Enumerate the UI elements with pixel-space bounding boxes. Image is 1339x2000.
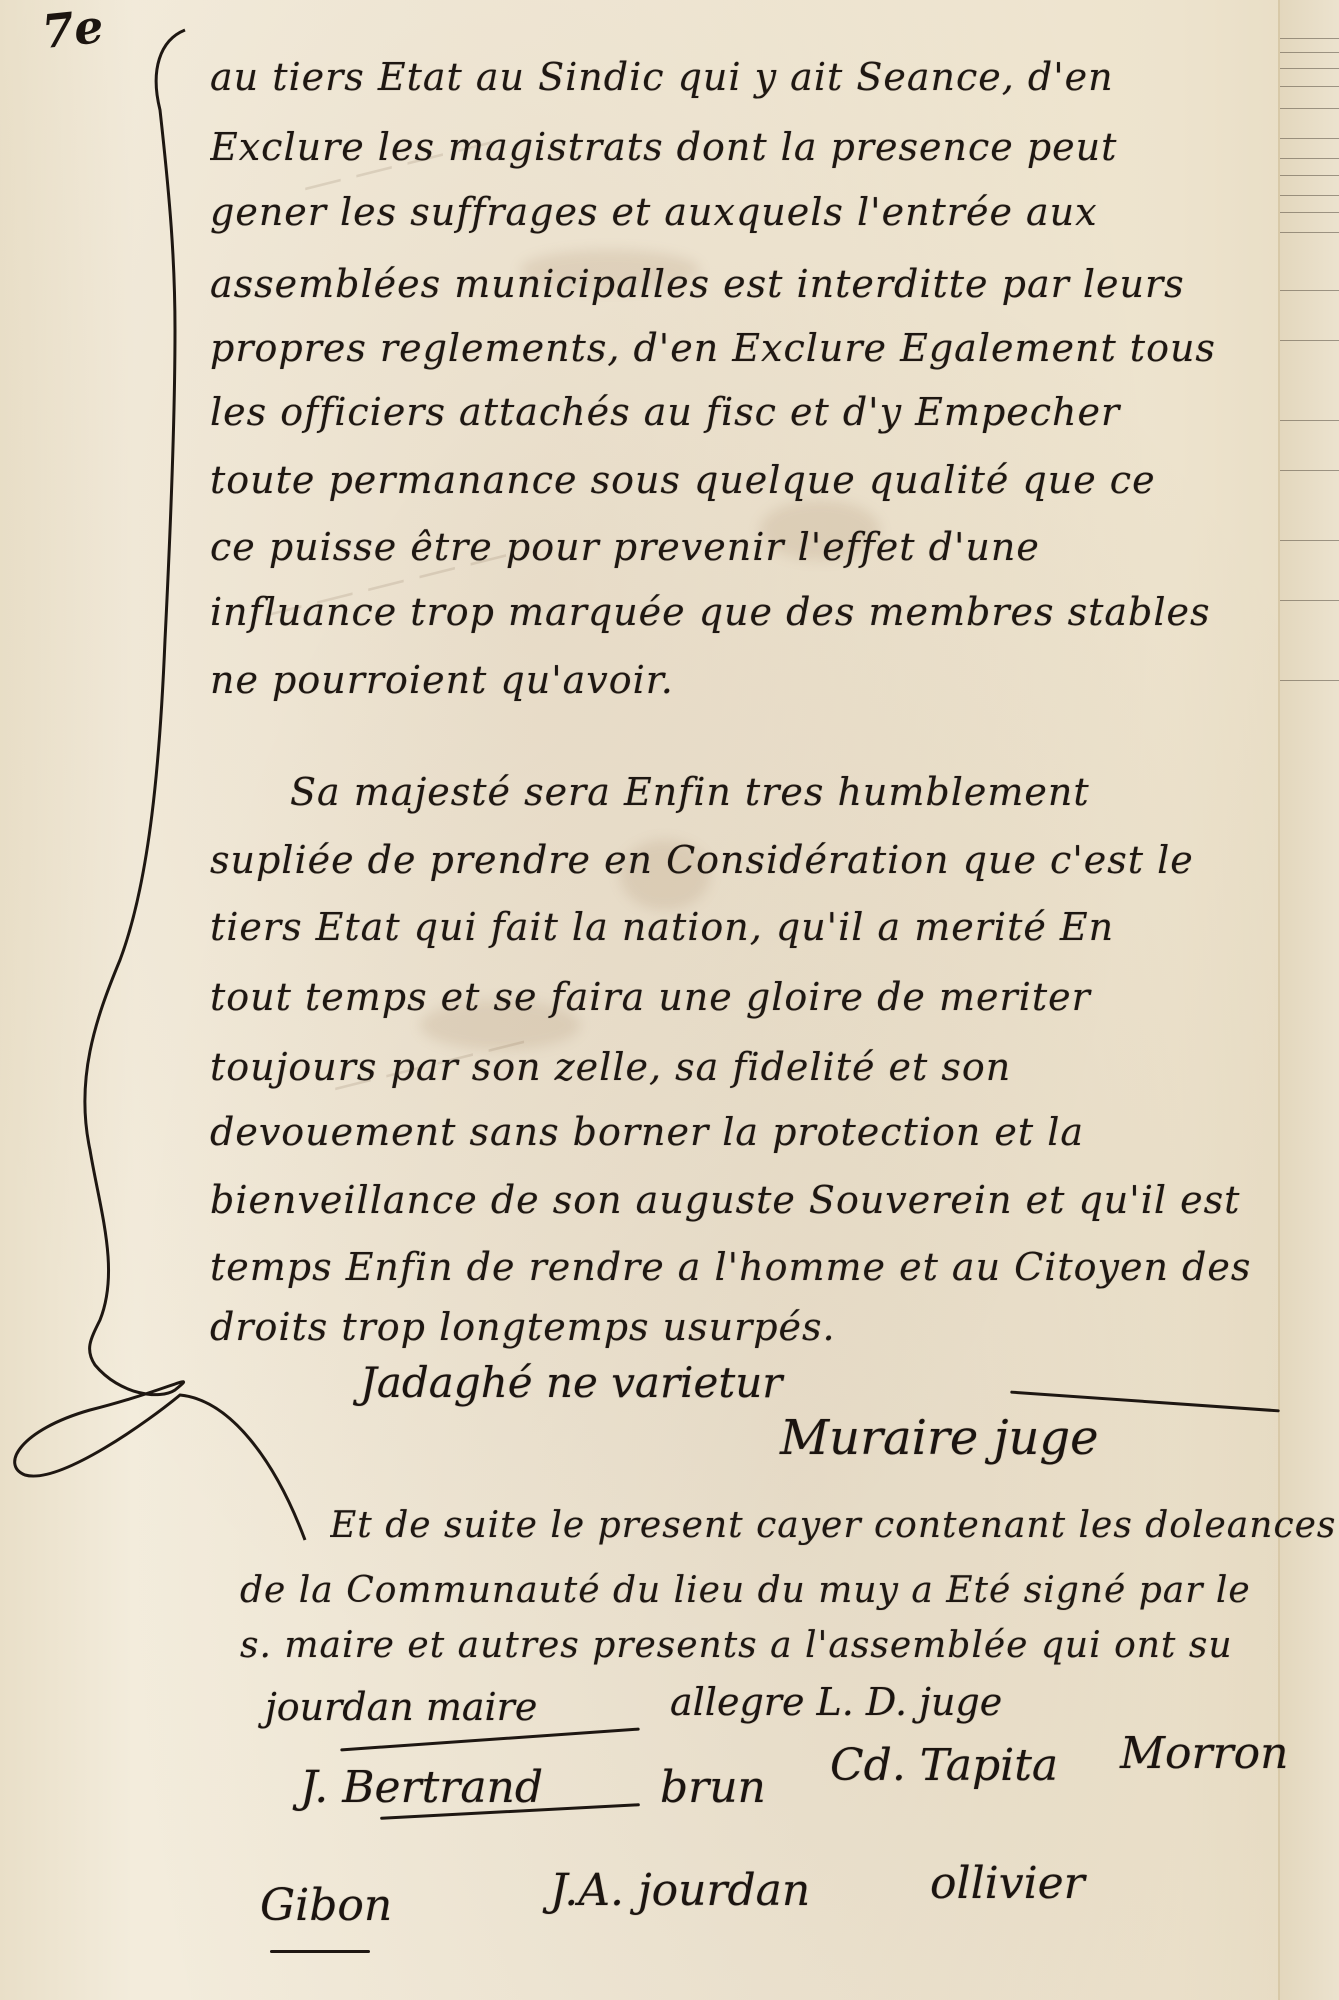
manuscript-line: tiers Etat qui fait la nation, qu'il a m… [210, 905, 1250, 949]
signature-bertrand: J. Bertrand [300, 1762, 543, 1813]
signature-tapita: Cd. Tapita [830, 1740, 1058, 1791]
signature-ollivier: ollivier [930, 1858, 1085, 1909]
underlying-ruled-page [1278, 0, 1339, 2000]
signature-flourish [340, 1728, 639, 1752]
manuscript-line: devouement sans borner la protection et … [210, 1110, 1250, 1154]
manuscript-line: Sa majesté sera Enfin tres humblement [290, 770, 1330, 814]
signature-gibon: Gibon [260, 1880, 392, 1931]
manuscript-line: influance trop marquée que des membres s… [210, 590, 1250, 634]
manuscript-page: — — — — — — — — — — — — — 7e au tiers Et… [0, 0, 1339, 2000]
folio-mark: 7e [39, 0, 106, 59]
manuscript-line: au tiers Etat au Sindic qui y ait Seance… [210, 55, 1250, 99]
manuscript-line: droits trop longtemps usurpés. [210, 1305, 1250, 1349]
ne-varietur-annotation: Jadaghé ne varietur [360, 1358, 782, 1407]
manuscript-line: ce puisse être pour prevenir l'effet d'u… [210, 525, 1250, 569]
manuscript-line: supliée de prendre en Considération que … [210, 838, 1250, 882]
manuscript-line: assemblées municipalles est interditte p… [210, 262, 1250, 306]
signature-brun: brun [660, 1762, 766, 1813]
signature-jourdan-maire: jourdan maire [265, 1685, 537, 1729]
manuscript-line: tout temps et se faira une gloire de mer… [210, 975, 1250, 1019]
manuscript-line: toute permanance sous quelque qualité qu… [210, 458, 1250, 502]
manuscript-line: ne pourroient qu'avoir. [210, 658, 1250, 702]
signature-ja-jourdan: J.A. jourdan [550, 1865, 810, 1916]
signature-morron: Morron [1120, 1728, 1288, 1779]
manuscript-line: toujours par son zelle, sa fidelité et s… [210, 1045, 1250, 1089]
manuscript-line: s. maire et autres presents a l'assemblé… [240, 1625, 1280, 1666]
manuscript-line: les officiers attachés au fisc et d'y Em… [210, 390, 1250, 434]
manuscript-line: de la Communauté du lieu du muy a Eté si… [240, 1570, 1280, 1611]
manuscript-line: bienveillance de son auguste Souverein e… [210, 1178, 1250, 1222]
judge-signature: Muraire juge [780, 1410, 1099, 1466]
manuscript-line: temps Enfin de rendre a l'homme et au Ci… [210, 1245, 1250, 1289]
manuscript-line: propres reglements, d'en Exclure Egaleme… [210, 326, 1250, 370]
manuscript-line: Exclure les magistrats dont la presence … [210, 125, 1250, 169]
manuscript-line: gener les suffrages et auxquels l'entrée… [210, 190, 1250, 234]
manuscript-line: Et de suite le present cayer contenant l… [330, 1505, 1339, 1546]
signature-flourish [270, 1950, 370, 1953]
signature-allegre-juge: allegre L. D. juge [670, 1680, 1002, 1724]
